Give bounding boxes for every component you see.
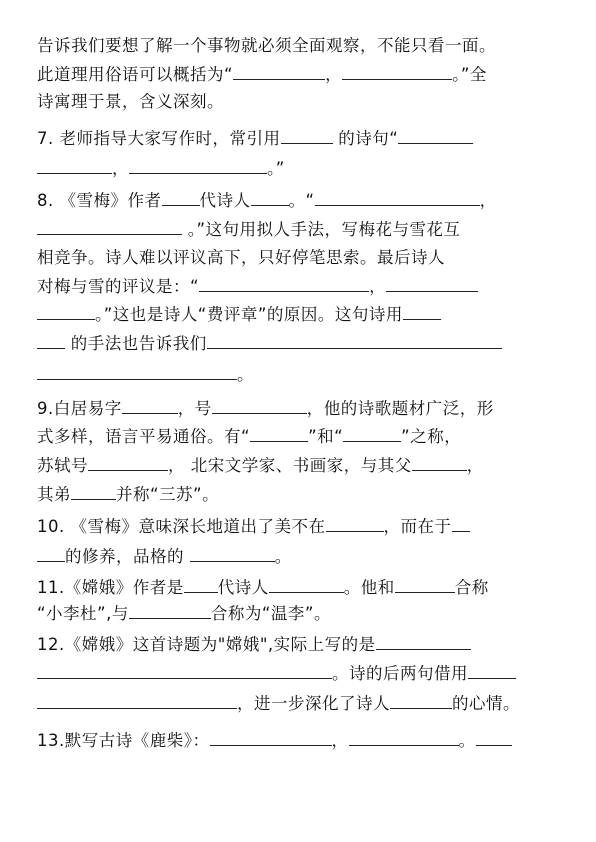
fill-in-blank[interactable] bbox=[129, 603, 211, 619]
line-text: 。”这也是诗人“费评章”的原因。这句诗用 bbox=[95, 305, 403, 324]
line-text: 合称 bbox=[455, 578, 489, 597]
text-line: 。”这句用拟人手法，写梅花与雪花互 bbox=[37, 219, 461, 240]
fill-in-blank[interactable] bbox=[326, 516, 384, 532]
line-text: 8. 《雪梅》作者 bbox=[37, 191, 162, 210]
text-line: 告诉我们要想了解一个事物就必须全面观察，不能只看一面。 bbox=[37, 36, 496, 56]
text-line: 。”这也是诗人“费评章”的原因。这句诗用 bbox=[37, 304, 441, 325]
text-line: 诗寓理于景，含义深刻。 bbox=[37, 92, 224, 112]
fill-in-blank[interactable] bbox=[452, 516, 470, 532]
text-line: 9.白居易字，号，他的诗歌题材广泛，形 bbox=[37, 398, 494, 419]
line-text: 10. 《雪梅》意味深长地道出了美不在 bbox=[37, 517, 326, 536]
text-line: “小李杜”,与合称为“温李”。 bbox=[37, 603, 331, 624]
fill-in-blank[interactable] bbox=[37, 364, 237, 380]
line-text: ，号 bbox=[178, 399, 212, 418]
fill-in-blank[interactable] bbox=[37, 219, 182, 235]
fill-in-blank[interactable] bbox=[129, 158, 267, 174]
fill-in-blank[interactable] bbox=[88, 455, 168, 471]
line-text: 对梅与雪的评议是：“ bbox=[37, 277, 199, 296]
text-line: 7. 老师指导大家写作时，常引用 的诗句“ bbox=[37, 128, 473, 149]
line-text: 。” bbox=[267, 159, 285, 178]
text-line: 13.默写古诗《鹿柴》：，。 bbox=[37, 730, 512, 751]
line-text: ”之称， bbox=[401, 427, 461, 446]
line-text: ， bbox=[332, 731, 349, 750]
line-text: 的修养，品格的 bbox=[65, 547, 190, 566]
line-text: 9.白居易字 bbox=[37, 399, 122, 418]
text-line: 10. 《雪梅》意味深长地道出了美不在，而在于 bbox=[37, 516, 470, 537]
line-text: 。 bbox=[459, 731, 476, 750]
line-text: ， bbox=[467, 456, 484, 475]
fill-in-blank[interactable] bbox=[315, 190, 480, 206]
line-text: ，而在于 bbox=[384, 517, 452, 536]
line-text: ，他的诗歌题材广泛，形 bbox=[307, 399, 494, 418]
fill-in-blank[interactable] bbox=[269, 577, 344, 593]
fill-in-blank[interactable] bbox=[343, 426, 401, 442]
line-text: 。 bbox=[237, 365, 254, 384]
line-text: 。 bbox=[275, 547, 292, 566]
fill-in-blank[interactable] bbox=[37, 304, 95, 320]
line-text: 此道理用俗语可以概括为“ bbox=[37, 65, 233, 84]
text-line: 相竞争。诗人难以评议高下，只好停笔思索。最后诗人 bbox=[37, 248, 445, 268]
fill-in-blank[interactable] bbox=[250, 426, 308, 442]
line-text: 12.《嫦娥》这首诗题为"嫦娥",实际上写的是 bbox=[37, 635, 376, 654]
fill-in-blank[interactable] bbox=[390, 693, 452, 709]
fill-in-blank[interactable] bbox=[412, 455, 467, 471]
line-text: 11.《嫦娥》作者是 bbox=[37, 578, 184, 597]
fill-in-blank[interactable] bbox=[190, 546, 275, 562]
fill-in-blank[interactable] bbox=[210, 730, 332, 746]
fill-in-blank[interactable] bbox=[37, 663, 332, 679]
fill-in-blank[interactable] bbox=[162, 190, 200, 206]
line-text: ，进一步深化了诗人 bbox=[237, 694, 390, 713]
fill-in-blank[interactable] bbox=[342, 64, 452, 80]
text-line: 苏轼号， 北宋文学家、书画家，与其父， bbox=[37, 455, 484, 476]
fill-in-blank[interactable] bbox=[37, 158, 112, 174]
text-line: 11.《嫦娥》作者是代诗人。他和合称 bbox=[37, 577, 489, 598]
text-line: 的修养，品格的 。 bbox=[37, 546, 292, 567]
line-text: 代诗人 bbox=[218, 578, 269, 597]
text-line: 此道理用俗语可以概括为“，。”全 bbox=[37, 64, 487, 85]
fill-in-blank[interactable] bbox=[376, 634, 471, 650]
line-text: 并称“三苏”。 bbox=[116, 485, 219, 504]
fill-in-blank[interactable] bbox=[349, 730, 459, 746]
line-text: ， bbox=[480, 191, 497, 210]
text-line: 。诗的后两句借用 bbox=[37, 663, 516, 684]
line-text: “小李杜”,与 bbox=[37, 604, 129, 623]
line-text: ， bbox=[112, 159, 129, 178]
fill-in-blank[interactable] bbox=[281, 128, 333, 144]
line-text: 的手法也告诉我们 bbox=[65, 334, 207, 353]
fill-in-blank[interactable] bbox=[476, 730, 512, 746]
line-text: 诗寓理于景，含义深刻。 bbox=[37, 92, 224, 111]
line-text: 13.默写古诗《鹿柴》： bbox=[37, 731, 210, 750]
text-line: 其弟并称“三苏”。 bbox=[37, 484, 219, 505]
line-text: 其弟 bbox=[37, 485, 71, 504]
line-text: 苏轼号 bbox=[37, 456, 88, 475]
line-text: 的诗句“ bbox=[333, 129, 399, 148]
fill-in-blank[interactable] bbox=[207, 333, 502, 349]
fill-in-blank[interactable] bbox=[122, 398, 178, 414]
line-text: 。诗的后两句借用 bbox=[332, 664, 468, 683]
line-text: ， bbox=[325, 65, 342, 84]
line-text: ”和“ bbox=[308, 427, 343, 446]
fill-in-blank[interactable] bbox=[212, 398, 307, 414]
line-text: ， bbox=[369, 277, 386, 296]
line-text: ， 北宋文学家、书画家，与其父 bbox=[168, 456, 412, 475]
line-text: 。”全 bbox=[452, 65, 487, 84]
fill-in-blank[interactable] bbox=[71, 484, 116, 500]
text-line: 式多样，语言平易通俗。有“”和“”之称， bbox=[37, 426, 461, 447]
text-line: 。 bbox=[37, 364, 254, 385]
text-line: 12.《嫦娥》这首诗题为"嫦娥",实际上写的是 bbox=[37, 634, 471, 655]
line-text: 。”这句用拟人手法，写梅花与雪花互 bbox=[182, 220, 461, 239]
text-line: 8. 《雪梅》作者代诗人。“， bbox=[37, 190, 497, 211]
fill-in-blank[interactable] bbox=[403, 304, 441, 320]
line-text: 7. 老师指导大家写作时，常引用 bbox=[37, 129, 281, 148]
fill-in-blank[interactable] bbox=[251, 190, 289, 206]
fill-in-blank[interactable] bbox=[395, 577, 455, 593]
fill-in-blank[interactable] bbox=[468, 663, 516, 679]
fill-in-blank[interactable] bbox=[199, 276, 369, 292]
line-text: 。他和 bbox=[344, 578, 395, 597]
line-text: 代诗人 bbox=[200, 191, 251, 210]
fill-in-blank[interactable] bbox=[37, 693, 237, 709]
fill-in-blank[interactable] bbox=[37, 546, 65, 562]
line-text: 相竞争。诗人难以评议高下，只好停笔思索。最后诗人 bbox=[37, 248, 445, 267]
text-line: ，。” bbox=[37, 158, 285, 179]
text-line: 的手法也告诉我们 bbox=[37, 333, 502, 354]
line-text: 式多样，语言平易通俗。有“ bbox=[37, 427, 250, 446]
line-text: 告诉我们要想了解一个事物就必须全面观察，不能只看一面。 bbox=[37, 36, 496, 55]
fill-in-blank[interactable] bbox=[233, 64, 325, 80]
fill-in-blank[interactable] bbox=[37, 333, 65, 349]
fill-in-blank[interactable] bbox=[386, 276, 478, 292]
line-text: 。“ bbox=[289, 191, 315, 210]
line-text: 合称为“温李”。 bbox=[211, 604, 331, 623]
fill-in-blank[interactable] bbox=[184, 577, 218, 593]
text-line: ，进一步深化了诗人的心情。 bbox=[37, 693, 520, 714]
text-line: 对梅与雪的评议是：“， bbox=[37, 276, 478, 297]
fill-in-blank[interactable] bbox=[398, 128, 473, 144]
line-text: 的心情。 bbox=[452, 694, 520, 713]
